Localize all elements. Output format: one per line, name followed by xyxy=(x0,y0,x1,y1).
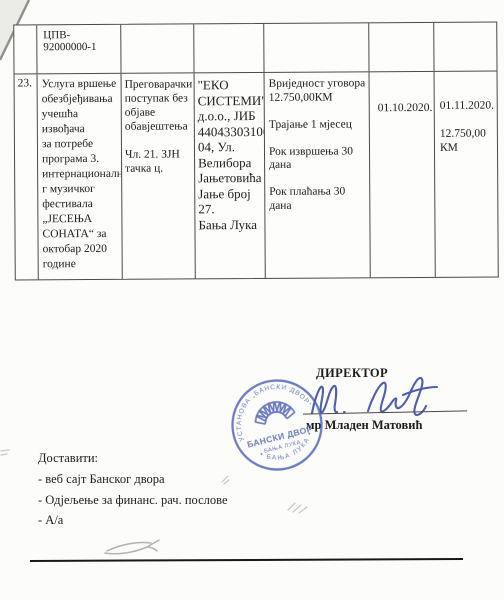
completion-date-amount: 01.11.2020. 12.750,00 КМ xyxy=(434,72,498,277)
carry-cell-date1 xyxy=(368,23,433,71)
delivery-list: Доставити: - веб сајт Банског двора - Од… xyxy=(38,452,228,535)
carry-cell-number xyxy=(14,25,36,73)
pencil-tick-icon xyxy=(220,474,232,486)
table-row-23: 23. Услуга вршење обезбјеђивања учешћа и… xyxy=(15,72,498,280)
carry-cell-terms xyxy=(263,23,368,72)
delivery-item-archive: - А/а xyxy=(38,514,228,527)
delivery-item-website: - веб сајт Банског двора xyxy=(38,473,228,486)
handwritten-signature-icon xyxy=(304,372,472,422)
contract-terms: Вриједност уговора 12.750,00КМ Трајање 1… xyxy=(264,72,370,278)
carry-cell-contractor xyxy=(193,24,263,72)
delivery-item-finance-dept: - Одјељење за финанс. рач. послове xyxy=(38,494,228,507)
scanned-document-page: ЦПВ- 92000000-1 23. Услуга вршење обезбј… xyxy=(0,0,504,600)
pencil-scribble-icon xyxy=(103,536,167,560)
row-number: 23. xyxy=(15,74,38,279)
carry-cell-date2 xyxy=(433,23,496,71)
service-description: Услуга вршење обезбјеђивања учешћа извођ… xyxy=(37,74,122,280)
delivery-heading: Доставити: xyxy=(38,452,228,465)
carry-cell-procedure xyxy=(120,24,193,72)
carry-cell-cpv: ЦПВ- 92000000-1 xyxy=(36,25,120,74)
contractor-info: "ЕКО СИСТЕМИ" д.о.о., ЈИБ 44043303100 04… xyxy=(194,73,265,278)
contract-sign-date: 01.10.2020. xyxy=(369,72,435,277)
table-row-carryover: ЦПВ- 92000000-1 xyxy=(14,23,496,75)
page-bottom-edge xyxy=(30,558,463,562)
procedure-type: Преговарачки поступак без објаве обавјеш… xyxy=(121,73,195,278)
edge-mark-icon xyxy=(0,448,12,458)
pencil-smudge-icon xyxy=(286,498,312,516)
procurement-table: ЦПВ- 92000000-1 23. Услуга вршење обезбј… xyxy=(13,22,499,281)
